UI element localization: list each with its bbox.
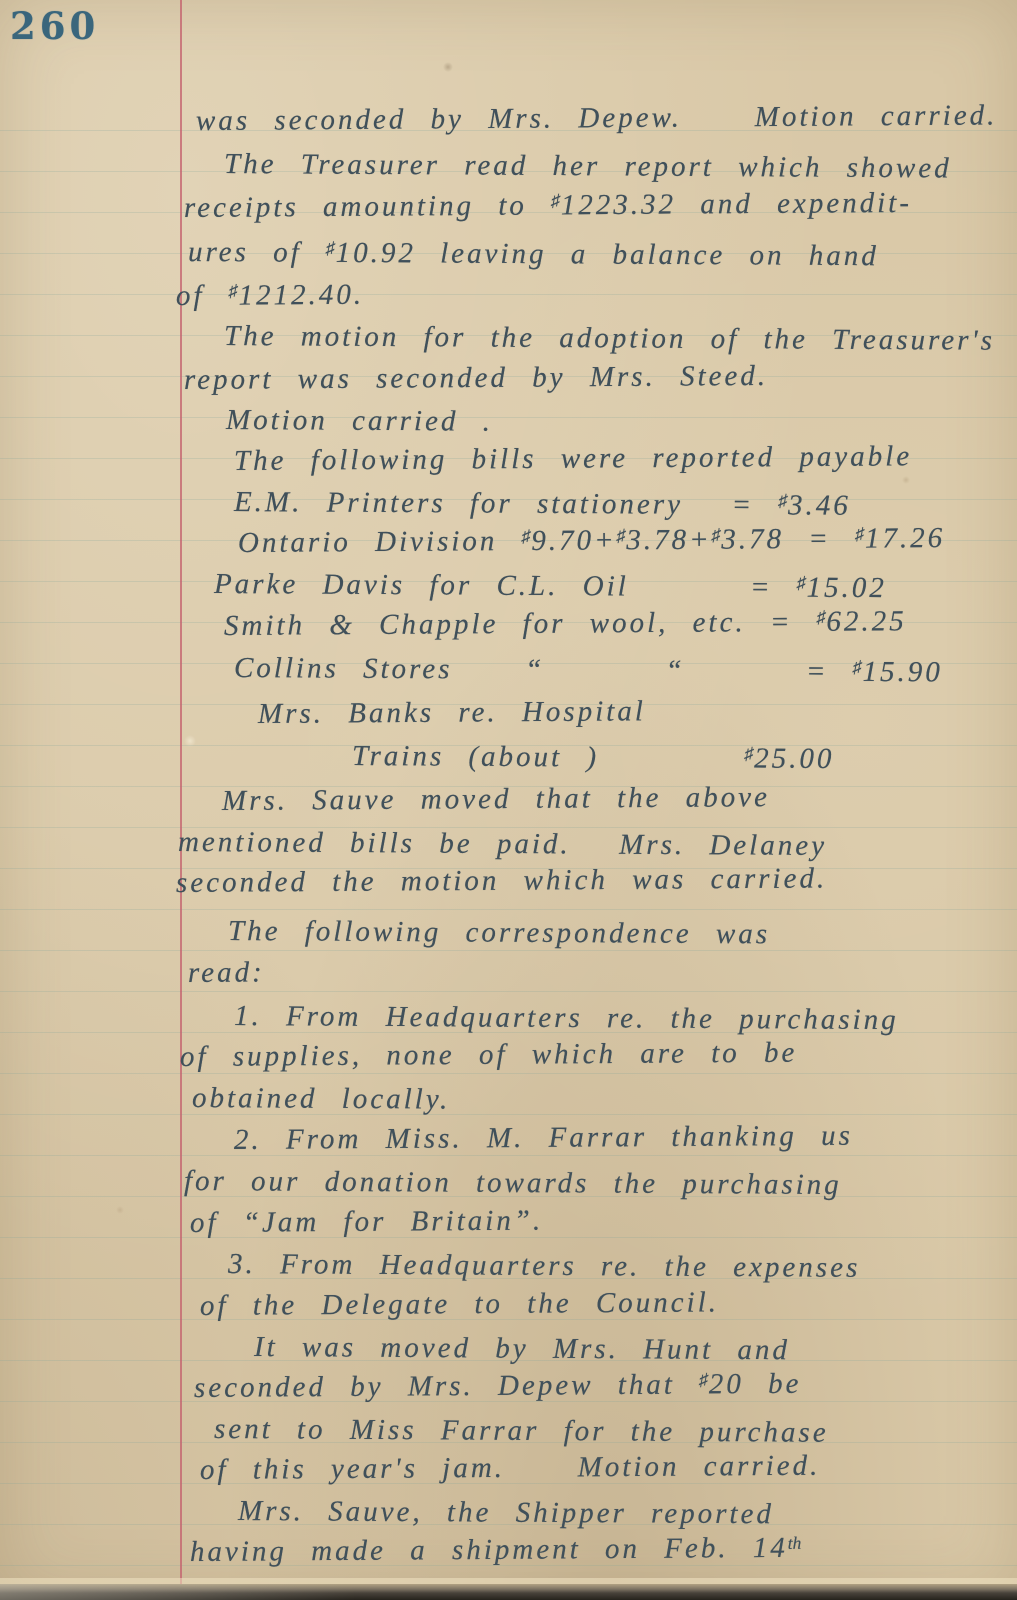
handwriting-line: 1. From Headquarters re. the purchasing bbox=[234, 1001, 899, 1037]
handwriting-line: report was seconded by Mrs. Steed. bbox=[184, 361, 768, 397]
handwriting-line: Ontario Division ♯9.70+♯3.78+♯3.78 = ♯17… bbox=[238, 523, 945, 560]
handwriting-line: Collins Stores “ “ = ♯15.90 bbox=[234, 653, 943, 689]
handwriting-line: The following correspondence was bbox=[228, 916, 770, 951]
handwriting-line: 2. From Miss. M. Farrar thanking us bbox=[234, 1121, 853, 1157]
handwriting-line: having made a shipment on Feb. 14th bbox=[190, 1533, 803, 1569]
handwriting-line: for our donation towards the purchasing bbox=[184, 1166, 842, 1202]
handwriting-line: of the Delegate to the Council. bbox=[200, 1287, 719, 1323]
handwriting-line: 3. From Headquarters re. the expenses bbox=[228, 1249, 860, 1285]
handwriting-line: seconded the motion which was carried. bbox=[176, 863, 827, 899]
page-bottom-edge bbox=[0, 1584, 1017, 1600]
handwriting-line: Mrs. Sauve moved that the above bbox=[222, 782, 770, 818]
handwriting-line: Trains (about ) ♯25.00 bbox=[352, 741, 835, 776]
handwriting-line: ures of ♯10.92 leaving a balance on hand bbox=[188, 237, 879, 273]
handwriting-line: receipts amounting to ♯1223.32 and expen… bbox=[184, 188, 912, 225]
handwriting-line: The Treasurer read her report which show… bbox=[224, 149, 952, 185]
handwriting-line: seconded by Mrs. Depew that ♯20 be bbox=[194, 1369, 802, 1405]
handwriting-line: It was moved by Mrs. Hunt and bbox=[254, 1332, 790, 1367]
handwriting-line: The motion for the adoption of the Treas… bbox=[224, 321, 995, 358]
handwriting-line: mentioned bills be paid. Mrs. Delaney bbox=[178, 827, 827, 863]
handwriting-line: sent to Miss Farrar for the purchase bbox=[214, 1414, 829, 1450]
handwriting-line: The following bills were reported payabl… bbox=[234, 441, 912, 478]
handwriting-line: Smith & Chapple for wool, etc. = ♯62.25 bbox=[224, 606, 907, 643]
handwriting-line: was seconded by Mrs. Depew. Motion carri… bbox=[196, 100, 998, 137]
handwriting-line: obtained locally. bbox=[192, 1083, 451, 1116]
handwriting-line: of this year's jam. Motion carried. bbox=[200, 1451, 821, 1487]
handwriting-line: Motion carried . bbox=[226, 405, 493, 439]
handwriting-line: Mrs. Banks re. Hospital bbox=[258, 696, 646, 731]
ledger-scan: { "page_number": "260", "colors": { "pap… bbox=[0, 0, 1017, 1600]
handwriting-line: of “Jam for Britain”. bbox=[190, 1206, 543, 1240]
handwriting-line: Parke Davis for C.L. Oil = ♯15.02 bbox=[214, 569, 887, 605]
handwriting-line: E.M. Printers for stationery = ♯3.46 bbox=[234, 487, 851, 523]
handwriting-line: read: bbox=[188, 957, 265, 989]
handwriting-line: of ♯1212.40. bbox=[176, 280, 364, 313]
margin-rule-line bbox=[180, 0, 182, 1584]
page-number: 260 bbox=[10, 4, 99, 48]
handwriting-line: of supplies, none of which are to be bbox=[180, 1038, 798, 1074]
handwriting-line: Mrs. Sauve, the Shipper reported bbox=[238, 1496, 774, 1531]
